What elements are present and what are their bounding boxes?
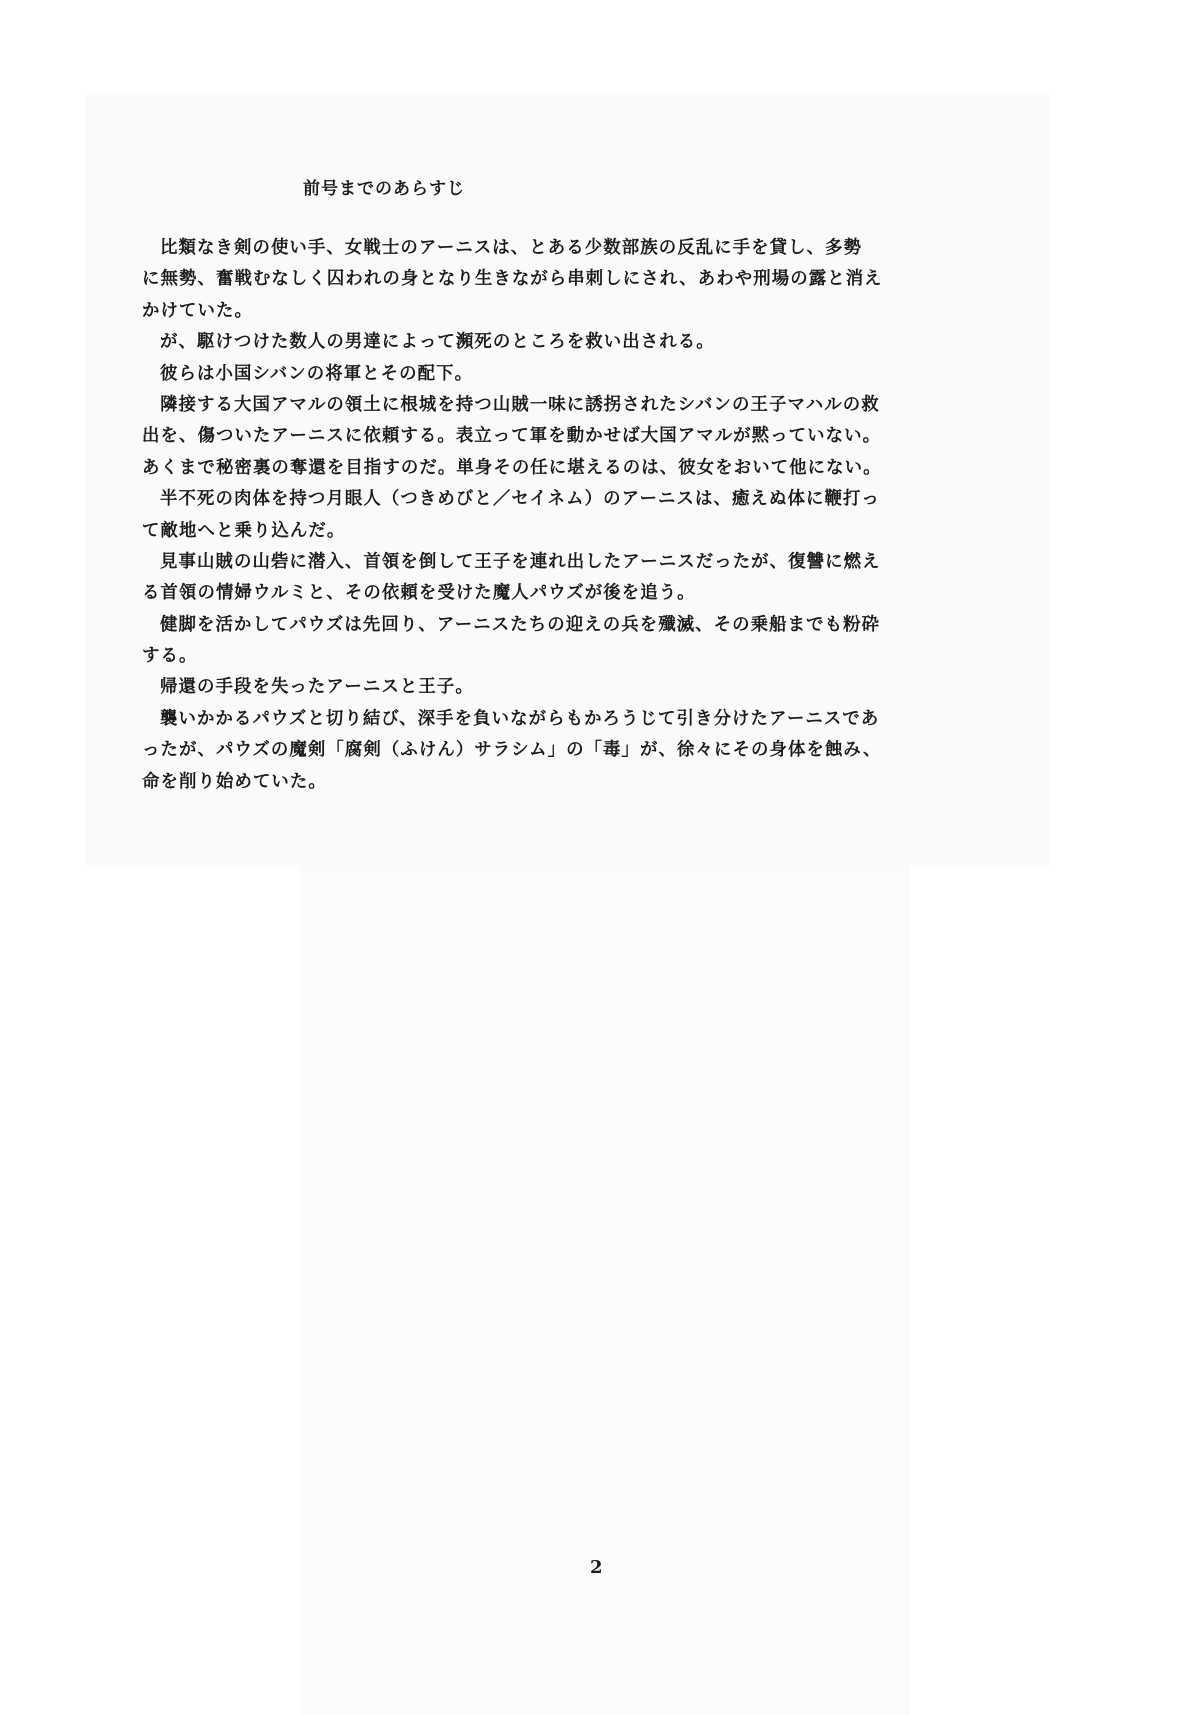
text-line: 彼らは小国シバンの将軍とその配下。: [142, 359, 962, 390]
text-line: 半不死の肉体を持つ月眼人（つきめびと／セイネム）のアーニスは、癒えぬ体に鞭打っ: [142, 484, 962, 515]
page-title: 前号までのあらすじ: [303, 174, 465, 199]
text-line: 襲いかかるパウズと切り結び、深手を負いながらもかろうじて引き分けたアーニスであ: [142, 704, 962, 735]
page-number: 2: [590, 1557, 603, 1578]
scan-background-lower: [300, 865, 910, 1715]
text-line: に無勢、奮戦むなしく囚われの身となり生きながら串刺しにされ、あわや刑場の露と消え: [142, 264, 962, 295]
synopsis-body: 比類なき剣の使い手、女戦士のアーニスは、とある少数部族の反乱に手を貸し、多勢 に…: [142, 233, 962, 798]
text-line: 比類なき剣の使い手、女戦士のアーニスは、とある少数部族の反乱に手を貸し、多勢: [142, 233, 962, 264]
text-line: する。: [142, 641, 962, 672]
text-line: ったが、パウズの魔剣「腐剣（ふけん）サラシム」の「毒」が、徐々にその身体を蝕み、: [142, 735, 962, 766]
text-line: る首領の情婦ウルミと、その依頼を受けた魔人パウズが後を追う。: [142, 578, 962, 609]
text-line: 命を削り始めていた。: [142, 767, 962, 798]
text-line: て敵地へと乗り込んだ。: [142, 516, 962, 547]
text-line: 帰還の手段を失ったアーニスと王子。: [142, 672, 962, 703]
text-line: あくまで秘密裏の奪還を目指すのだ。単身その任に堪えるのは、彼女をおいて他にない。: [142, 453, 962, 484]
text-line: 出を、傷ついたアーニスに依頼する。表立って軍を動かせば大国アマルが黙っていない。: [142, 421, 962, 452]
text-line: が、駆けつけた数人の男達によって瀕死のところを救い出される。: [142, 327, 962, 358]
text-line: 健脚を活かしてパウズは先回り、アーニスたちの迎えの兵を殲滅、その乗船までも粉砕: [142, 610, 962, 641]
text-line: かけていた。: [142, 296, 962, 327]
text-line: 隣接する大国アマルの領土に根城を持つ山賊一味に誘拐されたシバンの王子マハルの救: [142, 390, 962, 421]
text-line: 見事山賊の山砦に潜入、首領を倒して王子を連れ出したアーニスだったが、復讐に燃え: [142, 547, 962, 578]
